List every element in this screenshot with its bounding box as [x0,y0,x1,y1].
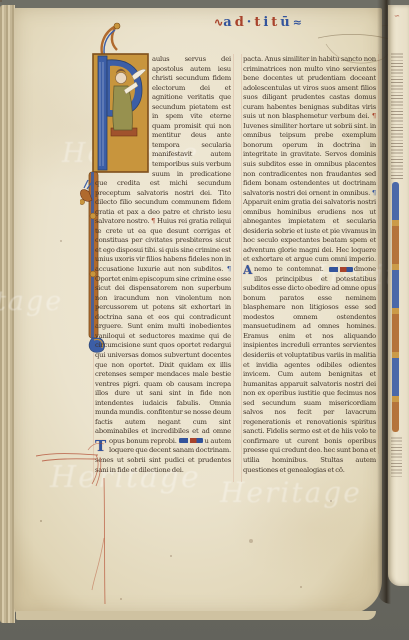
initial-wrap-gap [95,55,152,173]
facing-page-text-edge-lower [391,436,402,478]
line-filler-ornament [329,267,353,272]
text-column-right: pacta. Anus similiter in habitu sancto n… [243,55,376,482]
ruling-line [241,54,242,482]
facing-page-decorated-bar [392,182,399,432]
red-ruling-extension [90,478,120,608]
chapter-initial-A: A [243,265,252,275]
facing-page-text-edge [391,52,403,180]
parchment-specks [0,0,2,2]
running-title-letter: ū [280,15,292,30]
ruling-line [233,54,234,482]
running-title-letter: t [271,15,280,30]
text-column-left: aulus servus dei apostolus autem iesu ch… [95,55,231,482]
heritage-watermark: Heritage [0,286,63,317]
line-filler-ornament [179,438,203,443]
manuscript-text-segment: ¶ [372,112,376,120]
red-penwork-flourish [36,430,108,492]
manuscript-photograph: Heritage Heritage Heritage Heritage Heri… [0,0,409,640]
manuscript-text-segment: dmone illos principibus et potestatibus … [243,265,376,330]
manuscript-text-segment: ¶ [372,189,376,197]
title-lead-flourish: ∿ [214,16,223,29]
running-title-letter: t [254,15,263,30]
manuscript-text-segment: ¶ [227,265,231,273]
manuscript-text-segment: Cum autem benignitas et humanitas apparu… [243,370,376,435]
running-title-letter: a [223,15,234,30]
manuscript-text-segment: aulus servus dei apostolus autem iesu ch… [152,55,231,120]
page-stack-edge-bottom [16,611,376,620]
running-title-letter: d [235,15,247,30]
manuscript-text-segment: Huius rei gratia reliqui te crete ut ea … [95,217,231,273]
facing-page-title-mark: ∽ [394,14,404,18]
